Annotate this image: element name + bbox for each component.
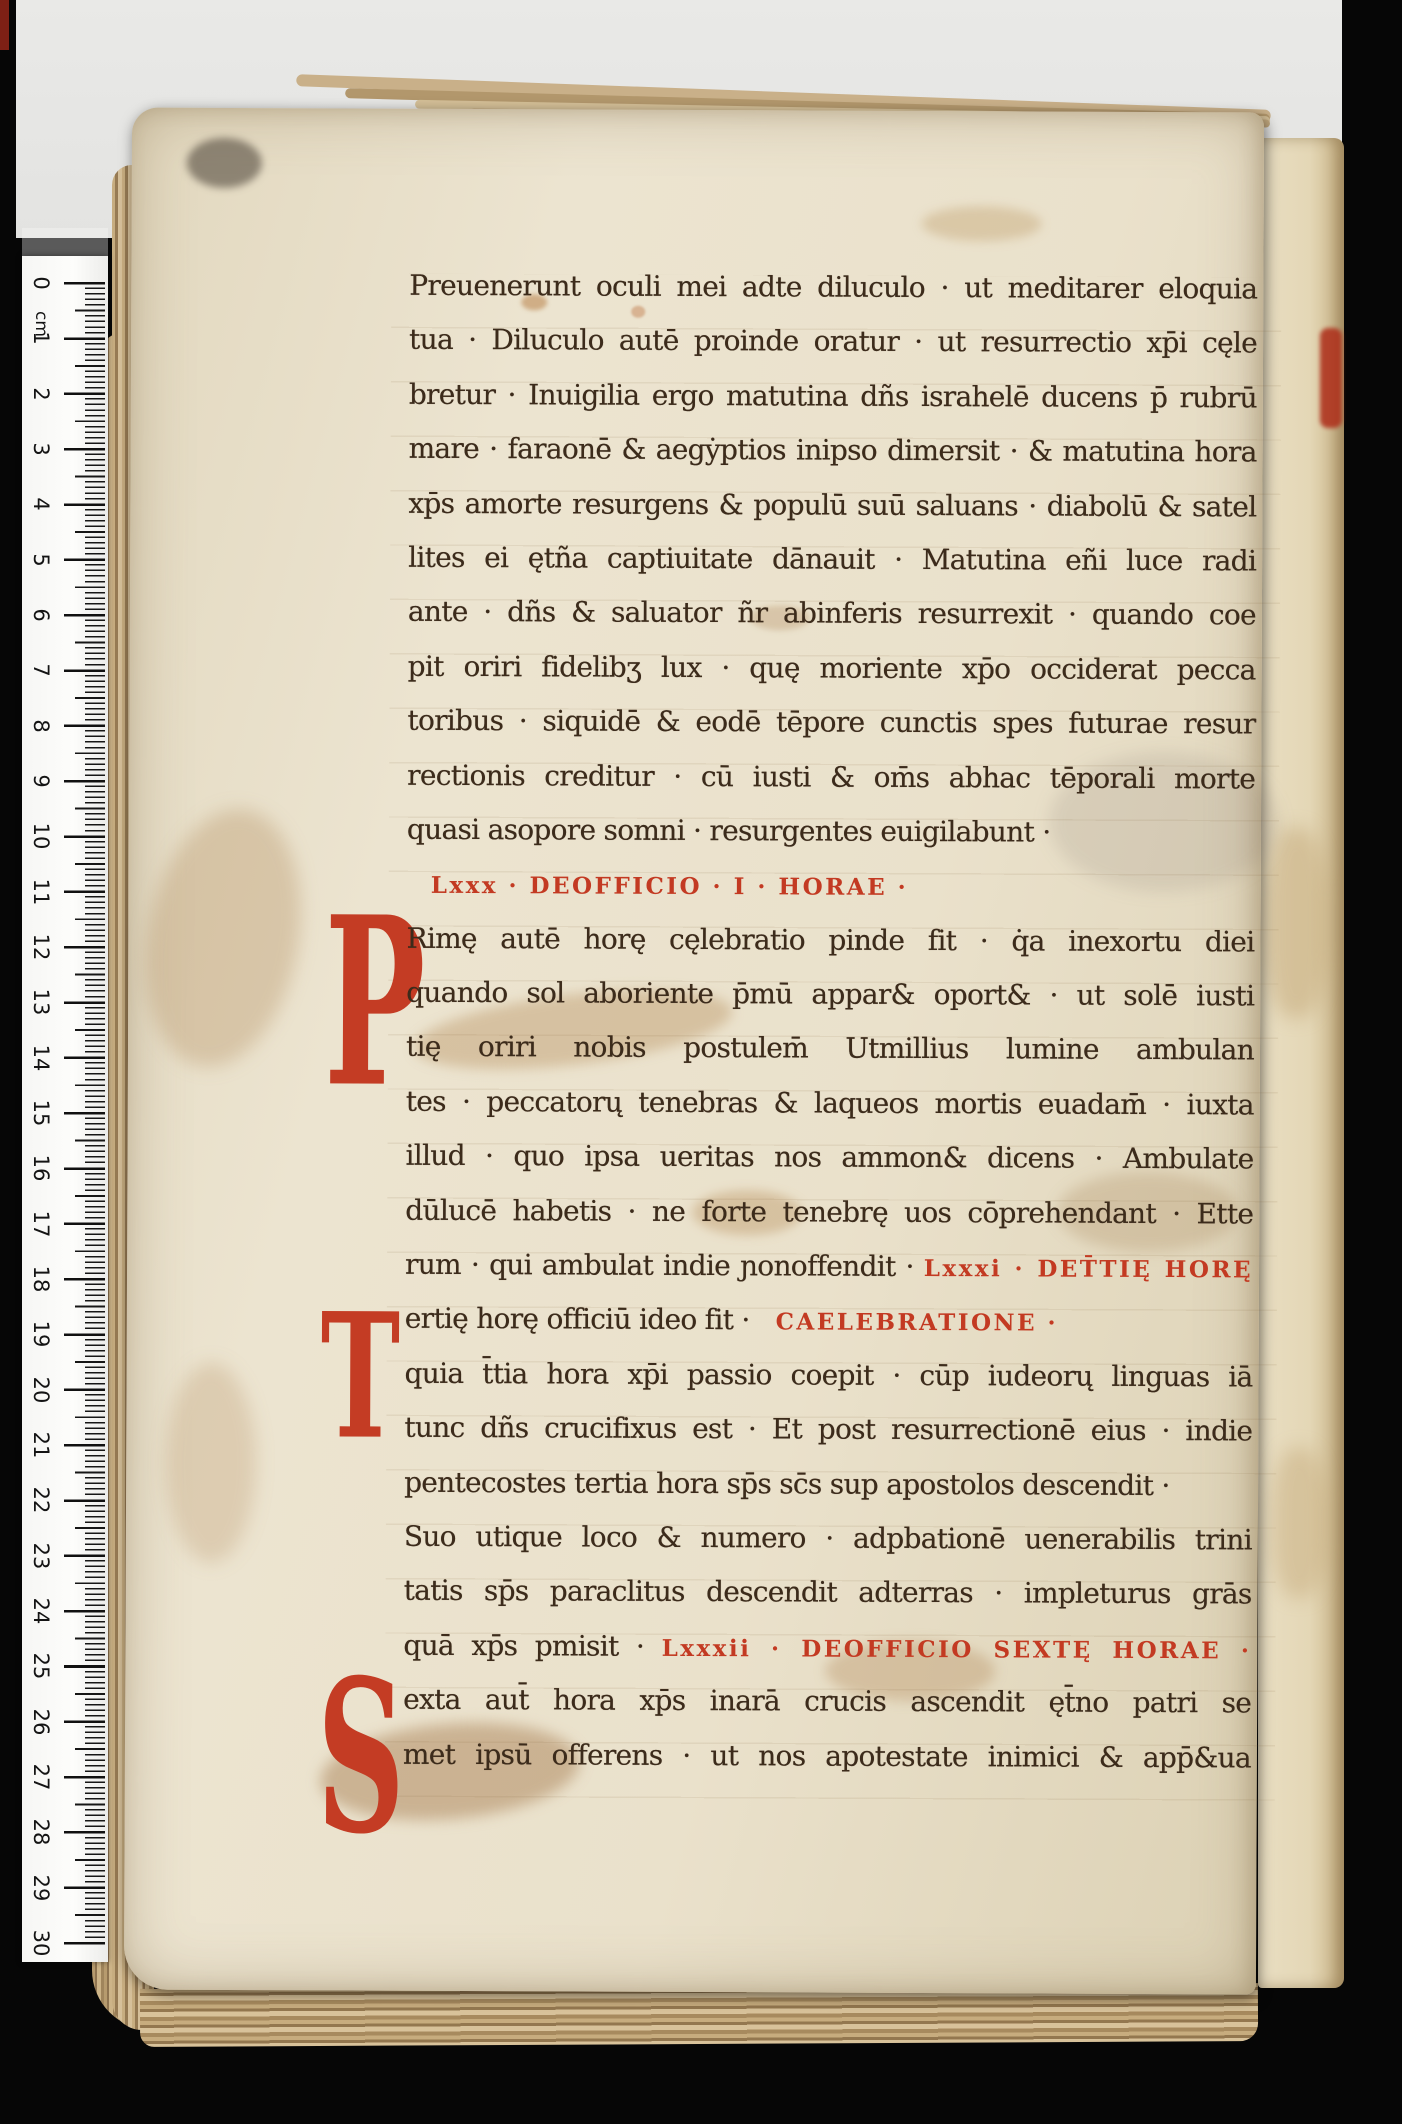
ruler-number: 8: [29, 709, 53, 743]
ruler-number: 1: [29, 321, 53, 355]
text-line: pit oriri fidelibʒ lux · quę moriente xp…: [408, 639, 1256, 697]
text-line: rectionis creditur · cū iusti & om̄s abh…: [407, 748, 1255, 806]
text-line: rum · qui ambulat indie ɲonoffendit · Lx…: [405, 1238, 1253, 1296]
line-text: ante · dñs & saluator ñr abinferis resur…: [408, 595, 1256, 632]
line-text: dūlucē habetis · ne forte tenebrę uos cō…: [405, 1193, 1253, 1230]
text-line: toribus · siquidē & eodē tēpore cunctis …: [407, 694, 1255, 752]
ruler-number: 5: [29, 543, 53, 577]
line-text: tua · Diluculo autē proinde oratur · ut …: [409, 323, 1257, 360]
text-line: met ipsū offerens · ut nos apotestate in…: [403, 1727, 1251, 1785]
line-text: quasi asopore somni · resurgentes euigil…: [407, 813, 1051, 849]
stain: [166, 1363, 257, 1563]
rubric-text: Lxxxi · DET̄TIĘ HORĘ: [924, 1255, 1253, 1283]
line-text: toribus · siquidē & eodē tēpore cunctis …: [407, 704, 1255, 741]
line-text: met ipsū offerens · ut nos apotestate in…: [403, 1737, 1251, 1774]
ruler-number: 10: [29, 819, 53, 853]
ruler-number: 26: [29, 1705, 53, 1739]
line-text: tes · peccatorų tenebras & laqueos morti…: [406, 1085, 1254, 1122]
ink-blotch: [187, 138, 262, 188]
line-text: quia t̄tia hora xp̄i passio coepit · cūp…: [405, 1357, 1253, 1394]
text-line: tes · peccatorų tenebras & laqueos morti…: [406, 1075, 1254, 1133]
ruler-number: 18: [29, 1262, 53, 1296]
rubric-text: Lxxxii · DEOFFICIO SEXTĘ HORAE ·: [662, 1635, 1252, 1665]
red-edge-sliver: [0, 0, 9, 50]
line-text: Preuenerunt oculi mei adte diluculo · ut…: [409, 269, 1257, 306]
ruler-number: 21: [29, 1428, 53, 1462]
text-line: ertię horę officiū ideo fit ·CAELEBRATIO…: [405, 1292, 1253, 1350]
text-line: pentecostes tertia hora sp̄s sc̄s sup ap…: [404, 1455, 1252, 1513]
text-line: quā xp̄s pmisit · Lxxxii · DEOFFICIO SEX…: [403, 1619, 1251, 1677]
ruler-number: 24: [29, 1594, 53, 1628]
rubric-text: CAELEBRATIONE ·: [776, 1309, 1059, 1337]
text-line: ante · dñs & saluator ñr abinferis resur…: [408, 585, 1256, 643]
ruler-number: 28: [29, 1815, 53, 1849]
line-text: exta aut̄ hora xp̄s inarā crucis ascendi…: [403, 1683, 1251, 1720]
ruler-number: 13: [29, 985, 53, 1019]
ruler-plastic-film: [22, 228, 108, 258]
ruler-number: 17: [29, 1207, 53, 1241]
text-line: quando sol aboriente p̄mū appar& oport& …: [406, 966, 1254, 1024]
line-text: illud · quo ipsa ueritas nos ammon& dice…: [405, 1139, 1253, 1176]
rubric-text: Lxxx · DEOFFICIO · I · HORAE ·: [431, 872, 909, 901]
ruler-number: 12: [29, 930, 53, 964]
ruler-number: 0: [29, 266, 53, 300]
text-line: Rimę autē horę cęlebratio pinde fit · q̇…: [406, 911, 1254, 969]
text-line: quasi asopore somni · resurgentes euigil…: [407, 803, 1255, 861]
text-line: tunc dñs crucifixus est · Et post resurr…: [404, 1401, 1252, 1459]
line-text: Rimę autē horę cęlebratio pinde fit · q̇…: [406, 921, 1254, 958]
manuscript-page: P T S l Preuenerunt oculi mei adte diluc…: [124, 108, 1264, 1995]
ruler-number: 7: [29, 653, 53, 687]
text-line: Preuenerunt oculi mei adte diluculo · ut…: [409, 259, 1257, 317]
line-text: bretur · Inuigilia ergo matutina dñs isr…: [409, 378, 1257, 415]
ruler-number: 30: [29, 1926, 53, 1960]
ruler-number: 11: [29, 875, 53, 909]
ruler-number: 4: [29, 487, 53, 521]
drop-cap-initial: T: [320, 1290, 400, 1462]
drop-cap-initial: S: [316, 1652, 405, 1862]
line-text: xp̄s amorte resurgens & populū suū salua…: [408, 486, 1256, 523]
text-line: mare · faraonē & aegẏptios inipso dimers…: [409, 422, 1257, 480]
measuring-ruler: 0 cm 1 2 3 4 5 6 7 8 9 10 11 12 13 14 15…: [22, 256, 108, 1962]
text-line: tię oriri nobis postulem̄ Utmillius lumi…: [406, 1020, 1254, 1078]
ruler-number: 14: [29, 1041, 53, 1075]
line-text: tunc dñs crucifixus est · Et post resurr…: [404, 1411, 1252, 1448]
line-text: pit oriri fidelibʒ lux · quę moriente xp…: [408, 649, 1256, 686]
text-line: tatis sp̄s paraclitus descendit adterras…: [404, 1564, 1252, 1622]
rubric-line: Lxxx · DEOFFICIO · I · HORAE ·: [407, 857, 1255, 915]
line-text: rectionis creditur · cū iusti & om̄s abh…: [407, 758, 1255, 795]
text-line: Suo utique loco & numero · adpbationē ue…: [404, 1510, 1252, 1568]
text-line: xp̄s amorte resurgens & populū suū salua…: [408, 476, 1256, 534]
ruler-number: 9: [29, 764, 53, 798]
ruler-number: 19: [29, 1317, 53, 1351]
ruler-number: 6: [29, 598, 53, 632]
ruler-number: 2: [29, 377, 53, 411]
ruler-number: 3: [29, 432, 53, 466]
text-line: tua · Diluculo autē proinde oratur · ut …: [409, 313, 1257, 371]
line-text: quando sol aboriente p̄mū appar& oport& …: [406, 976, 1254, 1013]
ruler-cm-ticks: [64, 282, 105, 1945]
line-text: rum · qui ambulat indie ɲonoffendit ·: [405, 1248, 914, 1283]
line-text: tię oriri nobis postulem̄ Utmillius lumi…: [406, 1030, 1254, 1067]
facing-page-stain: [1272, 1448, 1326, 1598]
manuscript-photo: { "colors": { "ink": "#3c2b1b", "rubric_…: [0, 0, 1402, 2124]
text-line: exta aut̄ hora xp̄s inarā crucis ascendi…: [403, 1673, 1251, 1731]
ruler-number: 16: [29, 1151, 53, 1185]
line-text: lites ei ętña captiuitate dānauit · Matu…: [408, 541, 1256, 578]
line-text: ertię horę officiū ideo fit ·: [405, 1302, 750, 1337]
line-text: Suo utique loco & numero · adpbationē ue…: [404, 1520, 1252, 1557]
ruler-number: 25: [29, 1649, 53, 1683]
ruler-number: 20: [29, 1373, 53, 1407]
stain: [127, 797, 321, 1080]
text-block: Preuenerunt oculi mei adte diluculo · ut…: [403, 259, 1258, 1786]
line-text: pentecostes tertia hora sp̄s sc̄s sup ap…: [404, 1465, 1170, 1501]
facing-page-red-initial-showing: [1320, 328, 1342, 428]
line-text: mare · faraonē & aegẏptios inipso dimers…: [409, 432, 1257, 469]
line-text: quā xp̄s pmisit ·: [403, 1629, 644, 1663]
text-line: illud · quo ipsa ueritas nos ammon& dice…: [405, 1129, 1253, 1187]
stain: [922, 206, 1042, 242]
text-line: dūlucē habetis · ne forte tenebrę uos cō…: [405, 1183, 1253, 1241]
text-line: bretur · Inuigilia ergo matutina dñs isr…: [409, 368, 1257, 426]
ruler-number: 23: [29, 1539, 53, 1573]
ruler-number: 22: [29, 1483, 53, 1517]
text-line: quia t̄tia hora xp̄i passio coepit · cūp…: [404, 1347, 1252, 1405]
line-text: tatis sp̄s paraclitus descendit adterras…: [404, 1574, 1252, 1611]
text-line: lites ei ętña captiuitate dānauit · Matu…: [408, 531, 1256, 589]
ruler-number: 15: [29, 1096, 53, 1130]
ruler-number: 29: [29, 1871, 53, 1905]
ruler-number: 27: [29, 1760, 53, 1794]
